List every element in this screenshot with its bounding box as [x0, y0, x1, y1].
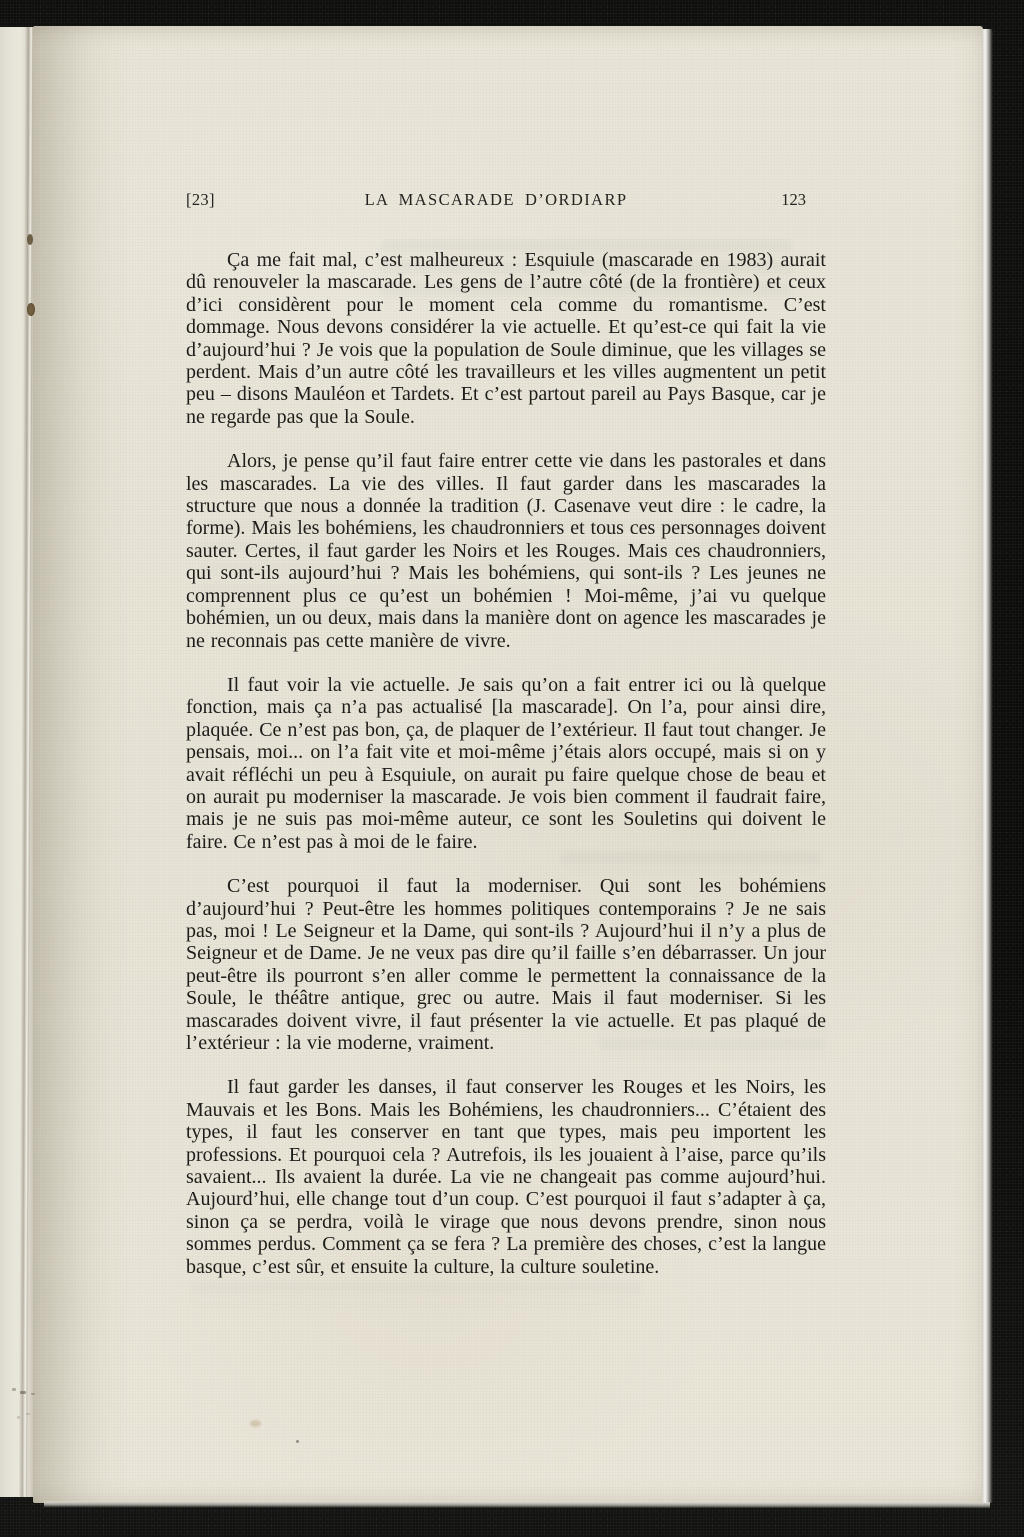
body-paragraph: Ça me fait mal, c’est malheureux : Esqui…: [186, 249, 826, 428]
header-section-marker: [23]: [186, 190, 266, 210]
body-text-block: Ça me fait mal, c’est malheureux : Esqui…: [186, 249, 826, 1278]
header-page-number: 123: [726, 190, 826, 210]
page-edge-stack-bottom: [44, 1502, 990, 1509]
body-paragraph: Il faut garder les danses, il faut conse…: [186, 1076, 826, 1278]
scan-background: [23] LA MASCARADE D’ORDIARP 123 Ça me fa…: [0, 0, 1024, 1537]
page-edge-stack-right: [982, 29, 993, 1503]
page-content: [23] LA MASCARADE D’ORDIARP 123 Ça me fa…: [33, 26, 983, 1503]
body-paragraph: Alors, je pense qu’il faut faire entrer …: [186, 450, 826, 652]
body-paragraph: C’est pourquoi il faut la moderniser. Qu…: [186, 875, 826, 1054]
book-page: [23] LA MASCARADE D’ORDIARP 123 Ça me fa…: [33, 26, 983, 1503]
header-running-title: LA MASCARADE D’ORDIARP: [266, 190, 726, 210]
running-head: [23] LA MASCARADE D’ORDIARP 123: [186, 190, 826, 210]
body-paragraph: Il faut voir la vie actuelle. Je sais qu…: [186, 674, 826, 853]
